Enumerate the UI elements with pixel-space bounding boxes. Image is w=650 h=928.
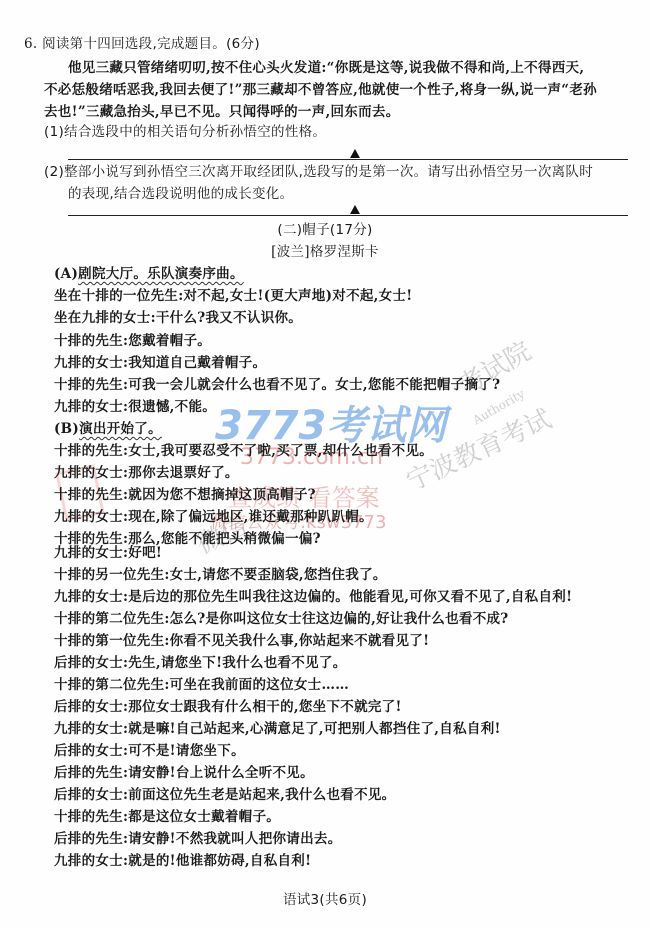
page-footer: 语试3(共6页) bbox=[0, 892, 650, 908]
scene-a-heading: (A)剧院大厅。乐队演奏序曲。 bbox=[54, 266, 244, 282]
dialogue-line: 十排的先生:可我一会儿就会什么也看不见了。女士,您能不能把帽子摘了? bbox=[54, 377, 500, 393]
dialogue-line: 十排的第二位先生:可坐在我前面的这位女士…… bbox=[54, 677, 349, 693]
answer-line-1[interactable] bbox=[68, 159, 628, 160]
dialogue-line: 十排的第二位先生:怎么?是你叫这位女士往这边偏的,好让我什么也看不成? bbox=[54, 611, 509, 627]
scene-b-heading: (B)演出开始了。 bbox=[54, 421, 162, 437]
dialogue-line: 九排的女士:就是嘛!自己站起来,心满意足了,可把别人都挡住了,自私自利! bbox=[54, 721, 501, 737]
exam-page: 考试院 Authority 宁波教育考试 微信 3773考试网 3773.com… bbox=[0, 0, 650, 928]
dialogue-line: 十排的先生:就因为您不想摘掉这顶高帽子? bbox=[54, 487, 316, 503]
sub-question-2-line1: (2)整部小说写到孙悟空三次离开取经团队,选段写的是第一次。请写出孙悟空另一次离… bbox=[44, 164, 593, 180]
question-title: 阅读第十四回选段,完成题目。(6分) bbox=[42, 36, 260, 52]
dialogue-line: 九排的女士:好吧! bbox=[54, 545, 162, 561]
scene-b-direction: 演出开始了。 bbox=[79, 421, 162, 437]
sub-question-1: (1)结合选段中的相关语句分析孙悟空的性格。 bbox=[44, 124, 326, 140]
passage-line: 去也!”三藏急抬头,早已不见。只闻得呼的一声,回东而去。 bbox=[44, 104, 400, 120]
section-title: (二)帽子(17分) bbox=[0, 222, 650, 238]
dialogue-line: 九排的女士:就是的!他谁都妨碍,自私自利! bbox=[54, 853, 311, 869]
dialogue-line: 十排的第一位先生:你看不见关我什么事,你站起来不就看见了! bbox=[54, 633, 429, 649]
dialogue-line: 九排的女士:我知道自己戴着帽子。 bbox=[54, 355, 266, 371]
answer-line-2[interactable] bbox=[68, 215, 628, 216]
answer-marker-icon bbox=[350, 205, 360, 214]
dialogue-line: 九排的女士:现在,除了偏远地区,谁还戴那种趴趴帽。 bbox=[54, 509, 373, 525]
answer-marker-icon bbox=[350, 149, 360, 158]
dialogue-line: 十排的另一位先生:女士,请您不要歪脑袋,您挡住我了。 bbox=[54, 567, 387, 583]
question-number: 6. bbox=[24, 36, 37, 52]
dialogue-line: 坐在九排的女士:干什么?我又不认识你。 bbox=[54, 310, 302, 326]
dialogue-line: 坐在十排的一位先生:对不起,女士!(更大声地)对不起,女士! bbox=[54, 288, 413, 304]
dialogue-line: 九排的女士:是后边的那位先生叫我往这边偏的。他能看见,可你又看不见了,自私自利! bbox=[54, 589, 572, 605]
dialogue-line: 九排的女士:很遗憾,不能。 bbox=[54, 399, 216, 415]
dialogue-line: 后排的女士:那位女士跟我有什么相干的,您坐下不就完了! bbox=[54, 699, 402, 715]
scene-a-direction: 剧院大厅。乐队演奏序曲。 bbox=[78, 266, 244, 282]
dialogue-line: 十排的先生:女士,我可要忍受不了啦,买了票,却什么也看不见。 bbox=[54, 443, 433, 459]
dialogue-line: 后排的女士:可不是!请您坐下。 bbox=[54, 743, 245, 759]
scene-a-label: (A) bbox=[54, 266, 78, 282]
dialogue-line: 九排的女士:那你去退票好了。 bbox=[54, 465, 239, 481]
passage-line: 他见三藏只管绪绪叨叨,按不住心头火发道:“你既是这等,说我做不得和尚,上不得西天… bbox=[68, 60, 584, 76]
dialogue-line: 十排的先生:您戴着帽子。 bbox=[54, 333, 211, 349]
dialogue-line: 后排的女士:前面这位先生老是站起来,我什么也看不见。 bbox=[54, 787, 395, 803]
dialogue-line: 十排的先生:都是这位女士戴着帽子。 bbox=[54, 809, 280, 825]
dialogue-line: 后排的先生:请安静!不然我就叫人把你请出去。 bbox=[54, 831, 342, 847]
scene-b-label: (B) bbox=[54, 421, 79, 437]
question-6-header: 6. 阅读第十四回选段,完成题目。(6分) bbox=[24, 36, 260, 52]
dialogue-line: 后排的先生:请安静!台上说什么全听不见。 bbox=[54, 765, 314, 781]
sub-question-2-line2: 的表现,结合选段说明他的成长变化。 bbox=[68, 186, 293, 202]
passage-line: 不必恁般绪咶恶我,我回去便了!”那三藏却不曾答应,他就使一个性子,将身一纵,说一… bbox=[44, 82, 597, 98]
dialogue-line: 后排的女士:先生,请您坐下!我什么也看不见了。 bbox=[54, 655, 347, 671]
section-author: [波兰]格罗涅斯卡 bbox=[0, 244, 650, 260]
